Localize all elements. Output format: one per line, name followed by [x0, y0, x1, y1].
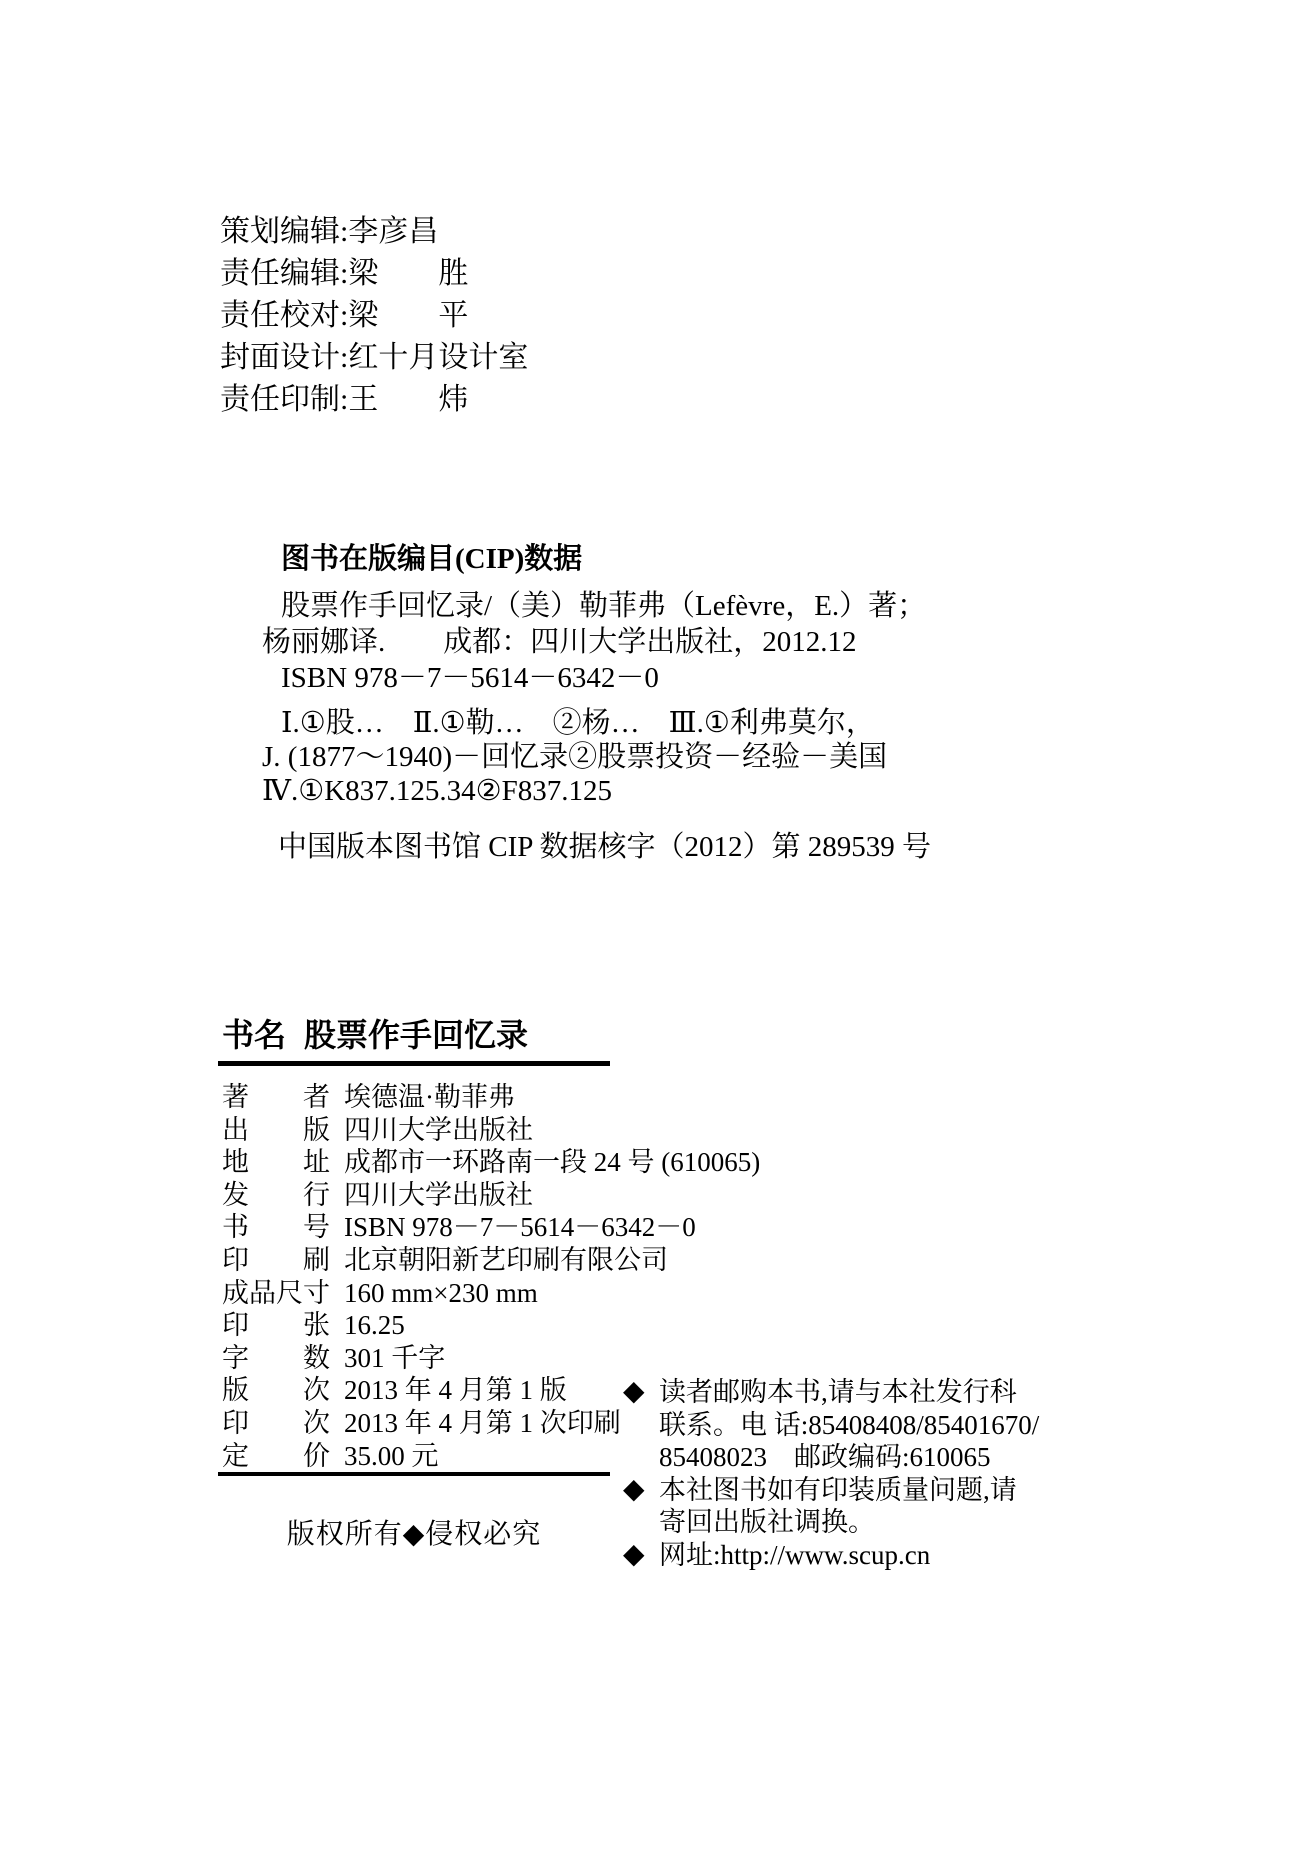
cip-entry-line1: 股票作手回忆录/（美）勒菲弗（Lefèvre，E.）著； [262, 588, 926, 624]
note-line: 85408023 邮政编码:610065 [659, 1441, 1085, 1474]
credit-line-planning-editor: 策划编辑:李彦昌 [220, 211, 528, 253]
table-row-publisher: 出 版四川大学出版社 [222, 1114, 760, 1147]
cip-record-number: 中国版本图书馆 CIP 数据核字（2012）第 289539 号 [278, 824, 931, 865]
book-title-label: 书名 [222, 1017, 286, 1053]
note-line: 本社图书如有印装质量问题,请 [659, 1474, 1085, 1507]
note-line: 读者邮购本书,请与本社发行科 [659, 1376, 1085, 1409]
cip-class-line3: Ⅳ.①K837.125.34②F837.125 [262, 774, 887, 808]
cip-heading: 图书在版编目(CIP)数据 [281, 536, 582, 577]
reader-notes: ◆ 读者邮购本书,请与本社发行科 联系。电 话:85408408/8540167… [625, 1376, 1085, 1572]
book-title-value: 股票作手回忆录 [304, 1017, 528, 1053]
note-line: 联系。电 话:85408408/85401670/ [659, 1409, 1085, 1442]
cip-classification: Ⅰ.①股… Ⅱ.①勒… ②杨… Ⅲ.①利弗莫尔， J. (1877～1940)－… [262, 706, 887, 808]
table-row-trim-size: 成品尺寸160 mm×230 mm [222, 1277, 760, 1310]
table-row-sheets: 印 张16.25 [222, 1309, 760, 1342]
diamond-bullet-icon: ◆ [623, 1474, 645, 1507]
credit-line-cover-design: 封面设计:红十月设计室 [220, 337, 528, 379]
note-line: 寄回出版社调换。 [659, 1506, 1085, 1539]
table-row-address: 地 址成都市一环路南一段 24 号 (610065) [222, 1146, 760, 1179]
staff-credits: 策划编辑:李彦昌 责任编辑:梁 胜 责任校对:梁 平 封面设计:红十月设计室 责… [220, 211, 528, 421]
table-row-word-count: 字 数301 千字 [222, 1342, 760, 1375]
table-row-distributor: 发 行四川大学出版社 [222, 1179, 760, 1212]
diamond-bullet-icon: ◆ [623, 1539, 645, 1572]
cip-class-line1: Ⅰ.①股… Ⅱ.①勒… ②杨… Ⅲ.①利弗莫尔， [262, 706, 887, 740]
note-website: ◆ 网址:http://www.scup.cn [625, 1539, 1085, 1572]
note-quality-exchange: ◆ 本社图书如有印装质量问题,请 寄回出版社调换。 [625, 1474, 1085, 1539]
note-mail-order: ◆ 读者邮购本书,请与本社发行科 联系。电 话:85408408/8540167… [625, 1376, 1085, 1474]
credit-line-proofreader: 责任校对:梁 平 [220, 295, 528, 337]
note-line: 网址:http://www.scup.cn [659, 1539, 1085, 1572]
cip-entry-line2: 杨丽娜译. 成都：四川大学出版社，2012.12 [262, 624, 926, 660]
divider-rule-top [218, 1061, 610, 1066]
book-copyright-page: 策划编辑:李彦昌 责任编辑:梁 胜 责任校对:梁 平 封面设计:红十月设计室 责… [0, 0, 1307, 1858]
diamond-bullet-icon: ◆ [623, 1376, 645, 1409]
cip-class-line2: J. (1877～1940)－回忆录②股票投资－经验－美国 [262, 740, 887, 774]
divider-rule-bottom [218, 1472, 610, 1476]
book-title-row: 书名股票作手回忆录 [222, 1010, 528, 1056]
table-row-author: 著 者埃德温·勒菲弗 [222, 1081, 760, 1114]
table-row-printer: 印 刷北京朝阳新艺印刷有限公司 [222, 1244, 760, 1277]
copyright-notice: 版权所有◆侵权必究 [218, 1512, 610, 1552]
credit-line-print-supervisor: 责任印制:王 炜 [220, 379, 528, 421]
cip-entry: 股票作手回忆录/（美）勒菲弗（Lefèvre，E.）著； 杨丽娜译. 成都：四川… [262, 588, 926, 696]
credit-line-managing-editor: 责任编辑:梁 胜 [220, 253, 528, 295]
cip-entry-isbn: ISBN 978－7－5614－6342－0 [262, 660, 926, 696]
table-row-isbn: 书 号ISBN 978－7－5614－6342－0 [222, 1211, 760, 1244]
